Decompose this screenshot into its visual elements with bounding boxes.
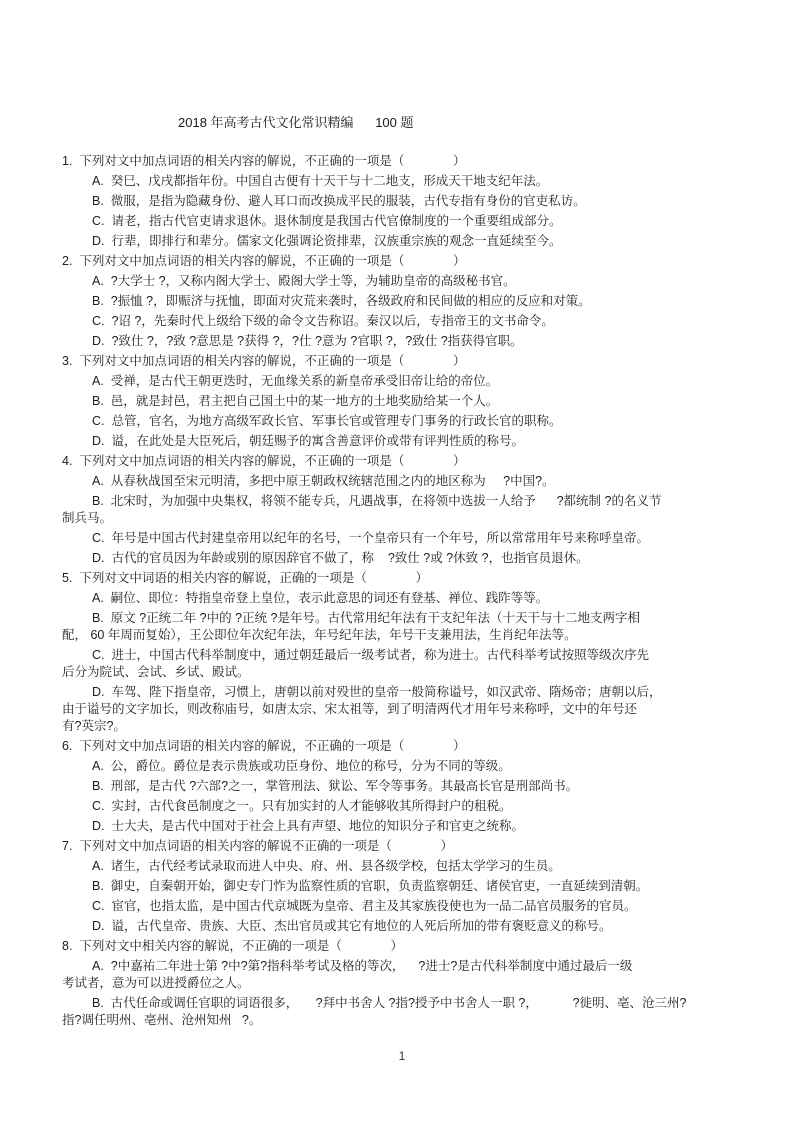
document-page: 2018 年高考古代文化常识精编 100 题 1. 下列对文中加点词语的相关内容… [0, 0, 800, 1132]
option-line: A. 诸生，古代经考试录取而进人中央、府、州、县各级学校，包括太学学习的生员。 [62, 858, 742, 875]
question-line: 6. 下列对文中加点词语的相关内容的解说，不正确的一项是（ ） [62, 738, 742, 755]
option-line: B. 御史，自秦朝开始，御史专门怍为监察性质的官职，负责监察朝廷、诸侯官吏，一直… [62, 878, 742, 895]
option-line: C. ?诏 ?，先秦时代上级给下级的命令文告称诏。秦汉以后，专指帝王的文书命令。 [62, 313, 742, 330]
option-line: C. 进士，中国古代科举制度中，通过朝廷最后一级考试者，称为进士。古代科举考试按… [62, 647, 742, 664]
option-line: D. 车驾、陛下指皇帝，习惯上，唐朝以前对殁世的皇帝一般简称谥号，如汉武帝、隋炀… [62, 684, 742, 701]
question-line: 5. 下列对文中词语的相关内容的解说，正确的一项是（ ） [62, 570, 742, 587]
question-line: 8. 下列对文中相关内容的解说，不正确的一项是（ ） [62, 938, 742, 955]
option-line: D. 士大夫，是古代中国对于社会上具有声望、地位的知识分子和官吏之统称。 [62, 818, 742, 835]
option-line: B. ?振恤 ?，即赈济与抚恤，即面对灾荒来袭时，各级政府和民间做的相应的反应和… [62, 293, 742, 310]
option-line: C. 总管，官名，为地方高级军政长官、军事长官或管理专门事务的行政长官的职称。 [62, 413, 742, 430]
option-line: B. 北宋时，为加强中央集权，将领不能专兵，凡遇战事，在将领中选拔一人给予 ?都… [62, 493, 742, 510]
cont-line: 由于谥号的文字加长，则改称庙号，如唐太宗、宋太祖等，到了明清两代才用年号来称呼，… [62, 701, 742, 718]
cont-line: 后分为院试、会试、乡试、殿试。 [62, 664, 742, 681]
option-line: B. 刑部，是古代 ?六部?之一，掌管刑法、狱讼、军令等事务。其最高长官是刑部尚… [62, 778, 742, 795]
question-block: 8. 下列对文中相关内容的解说，不正确的一项是（ ）A. ?中嘉祐二年进士第 ?… [62, 938, 742, 1029]
option-line: A. ?中嘉祐二年进士第 ?中?第?指科举考试及格的等次， ?进士?是古代科举制… [62, 958, 742, 975]
question-block: 1. 下列对文中加点词语的相关内容的解说，不正确的一项是（ ）A. 癸巳、戊戌都… [62, 153, 742, 250]
page-number: 1 [62, 1049, 742, 1063]
option-line: D. 谥，古代皇帝、贵族、大臣、杰出官员或其它有地位的人死后所加的带有褒贬意义的… [62, 918, 742, 935]
question-line: 2. 下列对文中加点词语的相关内容的解说，不正确的一项是（ ） [62, 253, 742, 270]
questions-container: 1. 下列对文中加点词语的相关内容的解说，不正确的一项是（ ）A. 癸巳、戊戌都… [62, 153, 742, 1029]
cont-line: 考试者，意为可以进授爵位之人。 [62, 975, 742, 992]
option-line: D. 谥，在此处是大臣死后，朝廷赐予的寓含善意评价或带有评判性质的称号。 [62, 433, 742, 450]
question-block: 2. 下列对文中加点词语的相关内容的解说，不正确的一项是（ ）A. ?大学士 ?… [62, 253, 742, 350]
question-block: 4. 下列对文中加点词语的相关内容的解说，不正确的一项是（ ）A. 从春秋战国至… [62, 453, 742, 567]
option-line: B. 邑，就是封邑，君主把自己国土中的某一地方的土地奖励给某一个人。 [62, 393, 742, 410]
option-line: C. 实封，古代食邑制度之一。只有加实封的人才能够收其所得封户的租税。 [62, 798, 742, 815]
document-title: 2018 年高考古代文化常识精编 100 题 [178, 114, 742, 131]
question-line: 7. 下列对文中加点词语的相关内容的解说不正确的一项是（ ） [62, 838, 742, 855]
question-block: 5. 下列对文中词语的相关内容的解说，正确的一项是（ ）A. 嗣位、即位：特指皇… [62, 570, 742, 735]
cont-line: 制兵马。 [62, 510, 742, 527]
cont-line: 配， 60 年周而复始），王公即位年次纪年法，年号纪年法，年号干支兼用法，生肖纪… [62, 627, 742, 644]
option-line: A. ?大学士 ?，又称内阁大学士、殿阁大学士等，为辅助皇帝的高级秘书官。 [62, 273, 742, 290]
option-line: A. 嗣位、即位：特指皇帝登上皇位，表示此意思的词还有登基、禅位、践阼等等。 [62, 590, 742, 607]
option-line: A. 从春秋战国至宋元明清，多把中原王朝政权统辖范围之内的地区称为 ?中国?。 [62, 473, 742, 490]
option-line: A. 癸巳、戊戌都指年份。中国自古便有十天干与十二地支，形成天干地支纪年法。 [62, 173, 742, 190]
question-line: 1. 下列对文中加点词语的相关内容的解说，不正确的一项是（ ） [62, 153, 742, 170]
cont-line: 指?调任明州、亳州、沧州知州 ?。 [62, 1012, 742, 1029]
option-line: A. 受禅，是古代王朝更迭时，无血缘关系的新皇帝承受旧帝让给的帝位。 [62, 373, 742, 390]
option-line: C. 请老，指古代官吏请求退休。退休制度是我国古代官僚制度的一个重要组成部分。 [62, 213, 742, 230]
option-line: A. 公，爵位。爵位是表示贵族或功臣身份、地位的称号，分为不同的等级。 [62, 758, 742, 775]
option-line: C. 宦官，也指太监，是中国古代京城既为皇帝、君主及其家族役使也为一品二品官员服… [62, 898, 742, 915]
option-line: D. ?致仕 ?，?致 ?意思是 ?获得 ?，?仕 ?意为 ?官职 ?，?致仕 … [62, 333, 742, 350]
question-line: 4. 下列对文中加点词语的相关内容的解说，不正确的一项是（ ） [62, 453, 742, 470]
option-line: D. 行辈，即排行和辈分。儒家文化强调论资排辈，汉族重宗族的观念一直延续至今。 [62, 233, 742, 250]
question-block: 3. 下列对文中加点词语的相关内容的解说，不正确的一项是（ ）A. 受禅，是古代… [62, 353, 742, 450]
option-line: B. 原文 ?正统二年 ?中的 ?正统 ?是年号。古代常用纪年法有干支纪年法（十… [62, 610, 742, 627]
option-line: B. 古代任命或调任官职的词语很多， ?拜中书舍人 ?指?授予中书舍人一职 ?，… [62, 995, 742, 1012]
cont-line: 有?英宗?。 [62, 718, 742, 735]
question-block: 7. 下列对文中加点词语的相关内容的解说不正确的一项是（ ）A. 诸生，古代经考… [62, 838, 742, 935]
option-line: D. 古代的官员因为年龄或别的原因辞官不做了，称 ?致仕 ?或 ?休致 ?，也指… [62, 550, 742, 567]
question-line: 3. 下列对文中加点词语的相关内容的解说，不正确的一项是（ ） [62, 353, 742, 370]
question-block: 6. 下列对文中加点词语的相关内容的解说，不正确的一项是（ ）A. 公，爵位。爵… [62, 738, 742, 835]
option-line: C. 年号是中国古代封建皇帝用以纪年的名号，一个皇帝只有一个年号，所以常常用年号… [62, 530, 742, 547]
option-line: B. 微服，是指为隐藏身份、避人耳口而改换成平民的服装，古代专指有身份的官吏私访… [62, 193, 742, 210]
